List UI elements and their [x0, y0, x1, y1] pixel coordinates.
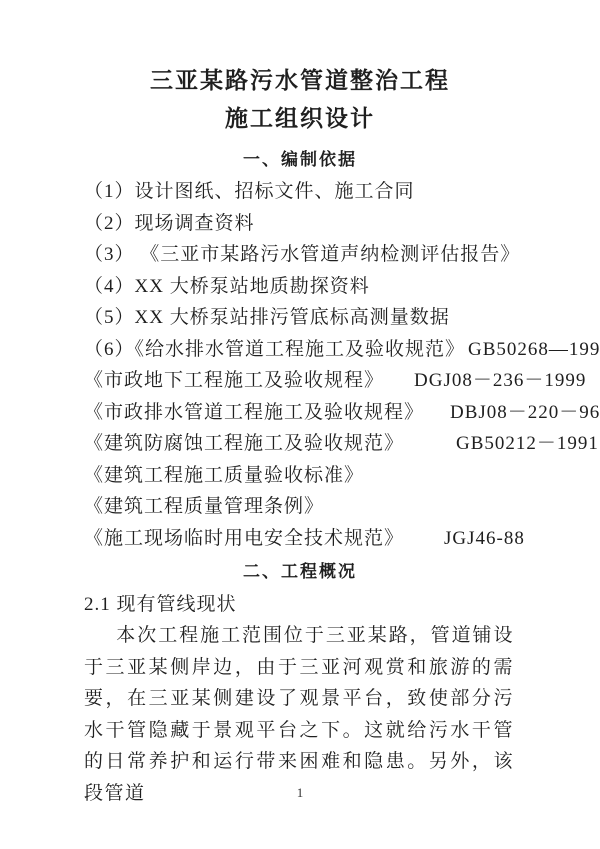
standard-code: DGJ08－236－1999	[414, 370, 586, 391]
basis-item-9: 《建筑防腐蚀工程施工及验收规范》GB50212－1991	[84, 428, 515, 460]
section2-heading: 二、工程概况	[0, 559, 600, 585]
basis-item-text: （5）XX 大桥泵站排污管底标高测量数据	[84, 307, 450, 328]
document-title-line2: 施工组织设计	[0, 100, 600, 138]
document-page: 三亚某路污水管道整治工程 施工组织设计 一、编制依据 （1）设计图纸、招标文件、…	[0, 0, 600, 849]
section2-subheading: 2.1 现有管线现状	[84, 590, 515, 620]
basis-item-text: 《市政地下工程施工及验收规程》	[84, 370, 384, 391]
basis-item-text: （1）设计图纸、招标文件、施工合同	[84, 181, 415, 202]
basis-item-text: 《建筑工程施工质量验收标准》	[84, 465, 364, 486]
basis-item-6: （6）《给水排水管道工程施工及验收规范》GB50268—1997	[84, 334, 515, 366]
basis-item-text: 《施工现场临时用电安全技术规范》	[84, 528, 404, 549]
basis-item-11: 《建筑工程质量管理条例》	[84, 491, 515, 523]
document-title-line1: 三亚某路污水管道整治工程	[0, 62, 600, 100]
standard-code: GB50212－1991	[456, 433, 599, 454]
basis-item-text: （4）XX 大桥泵站地质勘探资料	[84, 276, 370, 297]
basis-item-5: （5）XX 大桥泵站排污管底标高测量数据	[84, 302, 515, 334]
basis-item-text: （2）现场调查资料	[84, 213, 255, 234]
basis-item-text: （6）《给水排水管道工程施工及验收规范》	[84, 339, 465, 360]
basis-item-3: （3） 《三亚市某路污水管道声纳检测评估报告》	[84, 239, 515, 271]
basis-item-7: 《市政地下工程施工及验收规程》DGJ08－236－1999	[84, 365, 515, 397]
basis-item-1: （1）设计图纸、招标文件、施工合同	[84, 176, 515, 208]
basis-item-2: （2）现场调查资料	[84, 208, 515, 240]
section1-heading: 一、编制依据	[0, 148, 600, 172]
basis-list: （1）设计图纸、招标文件、施工合同 （2）现场调查资料 （3） 《三亚市某路污水…	[84, 176, 515, 554]
standard-code: GB50268—1997	[468, 339, 600, 360]
page-number: 1	[0, 785, 600, 801]
section2-paragraph: 本次工程施工范围位于三亚某路，管道铺设于三亚某侧岸边，由于三亚河观赏和旅游的需要…	[84, 620, 514, 809]
basis-item-text: （3） 《三亚市某路污水管道声纳检测评估报告》	[84, 244, 520, 265]
basis-item-4: （4）XX 大桥泵站地质勘探资料	[84, 271, 515, 303]
basis-item-10: 《建筑工程施工质量验收标准》	[84, 460, 515, 492]
basis-item-text: 《建筑工程质量管理条例》	[84, 496, 324, 517]
basis-item-12: 《施工现场临时用电安全技术规范》JGJ46-88	[84, 523, 515, 555]
standard-code: DBJ08－220－96	[450, 402, 600, 423]
basis-item-8: 《市政排水管道工程施工及验收规程》DBJ08－220－96	[84, 397, 515, 429]
basis-item-text: 《市政排水管道工程施工及验收规程》	[84, 402, 424, 423]
standard-code: JGJ46-88	[444, 528, 525, 549]
basis-item-text: 《建筑防腐蚀工程施工及验收规范》	[84, 433, 404, 454]
